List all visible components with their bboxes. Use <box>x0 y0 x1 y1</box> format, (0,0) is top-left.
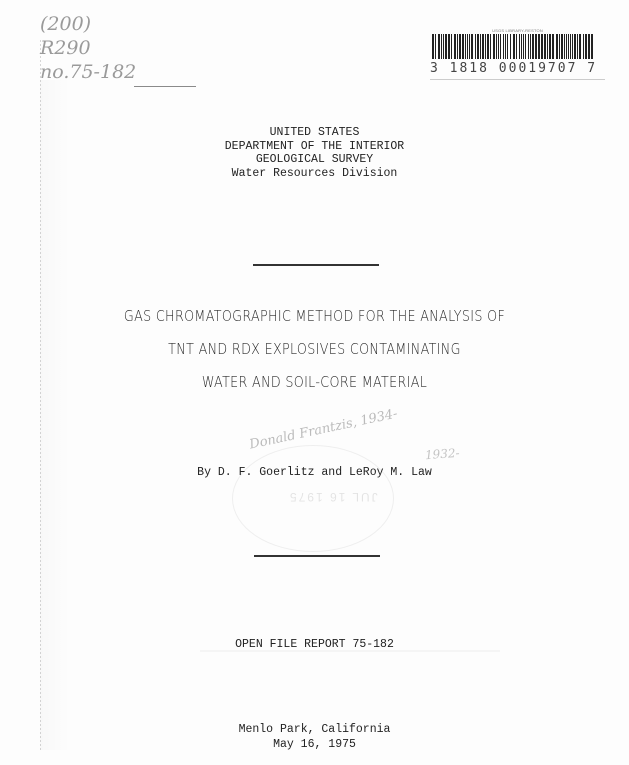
agency-header: UNITED STATES DEPARTMENT OF THE INTERIOR… <box>0 126 629 180</box>
handwritten-line: R290 <box>40 36 136 60</box>
agency-line: Water Resources Division <box>0 167 629 181</box>
title-line: WATER AND SOIL-CORE MATERIAL <box>57 372 573 405</box>
library-barcode: USGS LIBRARY-RESTON 3 1818 00019707 7 <box>430 28 615 80</box>
document-page: (200) R290 no.75-182 USGS LIBRARY-RESTON… <box>0 0 629 765</box>
agency-line: GEOLOGICAL SURVEY <box>0 153 629 167</box>
barcode-rule <box>430 79 605 80</box>
divider-rule <box>253 264 379 266</box>
barcode-caption: USGS LIBRARY-RESTON <box>420 28 615 33</box>
stamp-date: JUL 16 1975 <box>288 490 378 504</box>
handwritten-line: no.75-182 <box>40 60 136 84</box>
handwritten-underline <box>134 86 196 87</box>
report-id: OPEN FILE REPORT 75-182 <box>0 638 629 651</box>
publication-info: Menlo Park, California May 16, 1975 <box>0 722 629 752</box>
title-line: GAS CHROMATOGRAPHIC METHOD FOR THE ANALY… <box>57 306 573 339</box>
agency-line: DEPARTMENT OF THE INTERIOR <box>0 140 629 154</box>
title-line: TNT AND RDX EXPLOSIVES CONTAMINATING <box>57 339 573 372</box>
year-annotation: 1932- <box>425 446 460 462</box>
publication-date: May 16, 1975 <box>0 737 629 752</box>
divider-rule <box>254 555 380 557</box>
agency-line: UNITED STATES <box>0 126 629 140</box>
handwritten-line: (200) <box>40 12 136 36</box>
authors: By D. F. Goerlitz and LeRoy M. Law <box>0 466 629 479</box>
report-title: GAS CHROMATOGRAPHIC METHOD FOR THE ANALY… <box>57 306 573 405</box>
publication-location: Menlo Park, California <box>0 722 629 737</box>
barcode-number: 3 1818 00019707 7 <box>430 61 615 76</box>
handwritten-call-number: (200) R290 no.75-182 <box>40 12 136 84</box>
barcode-icon <box>432 34 615 59</box>
